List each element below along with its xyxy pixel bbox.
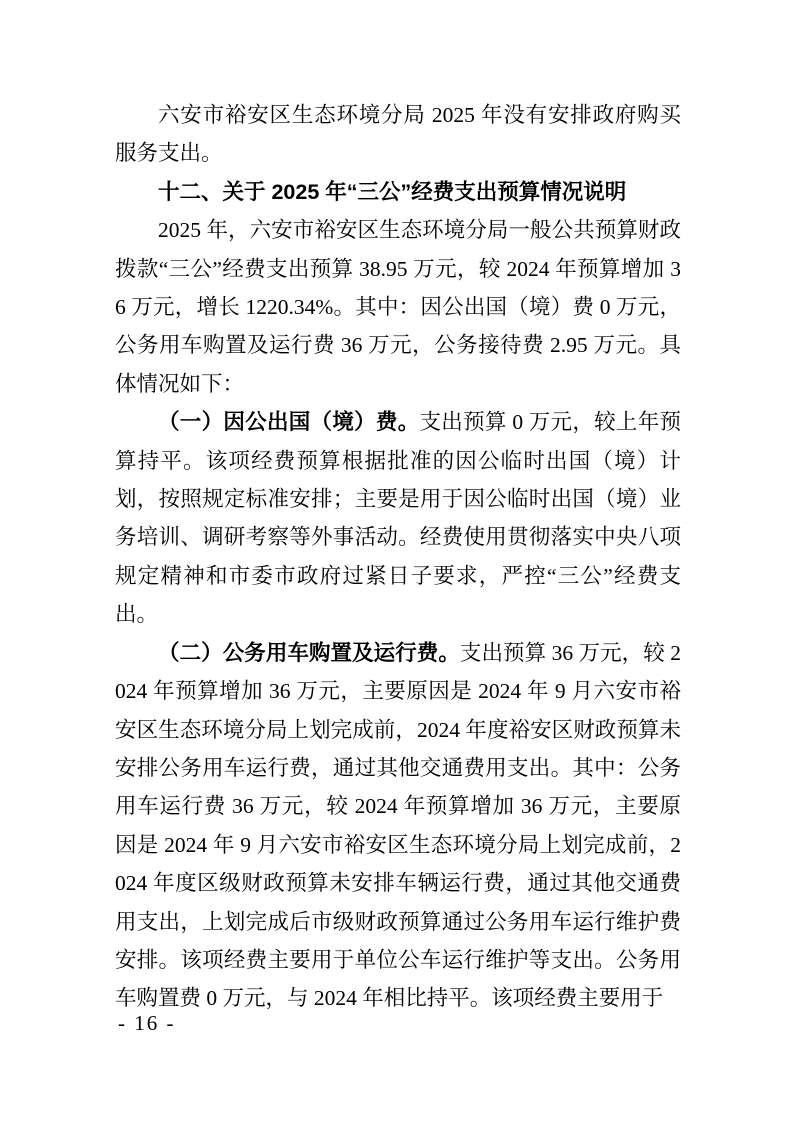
paragraph-gov-purchase-services: 六安市裕安区生态环境分局 2025 年没有安排政府购买服务支出。 [115,96,681,173]
paragraph-vehicle-expense: （二）公务用车购置及运行费。支出预算 36 万元，较 2024 年预算增加 36… [115,634,681,1018]
vehicle-expense-text: 支出预算 36 万元，较 2024 年预算增加 36 万元，主要原因是 2024… [115,641,681,1011]
document-body: 六安市裕安区生态环境分局 2025 年没有安排政府购买服务支出。 十二、关于 2… [115,96,681,1018]
paragraph-budget-overview: 2025 年，六安市裕安区生态环境分局一般公共预算财政拨款“三公”经费支出预算 … [115,211,681,403]
abroad-expense-text: 支出预算 0 万元，较上年预算持平。该项经费预算根据批准的因公临时出国（境）计划… [115,410,681,626]
vehicle-expense-lead: （二）公务用车购置及运行费。 [158,641,460,665]
document-page: 六安市裕安区生态环境分局 2025 年没有安排政府购买服务支出。 十二、关于 2… [0,0,793,1122]
section-heading-three-public-expenses: 十二、关于 2025 年“三公”经费支出预算情况说明 [115,173,681,211]
abroad-expense-lead: （一）因公出国（境）费。 [158,410,420,434]
paragraph-abroad-expense: （一）因公出国（境）费。支出预算 0 万元，较上年预算持平。该项经费预算根据批准… [115,403,681,633]
page-number: - 16 - [118,1008,176,1038]
